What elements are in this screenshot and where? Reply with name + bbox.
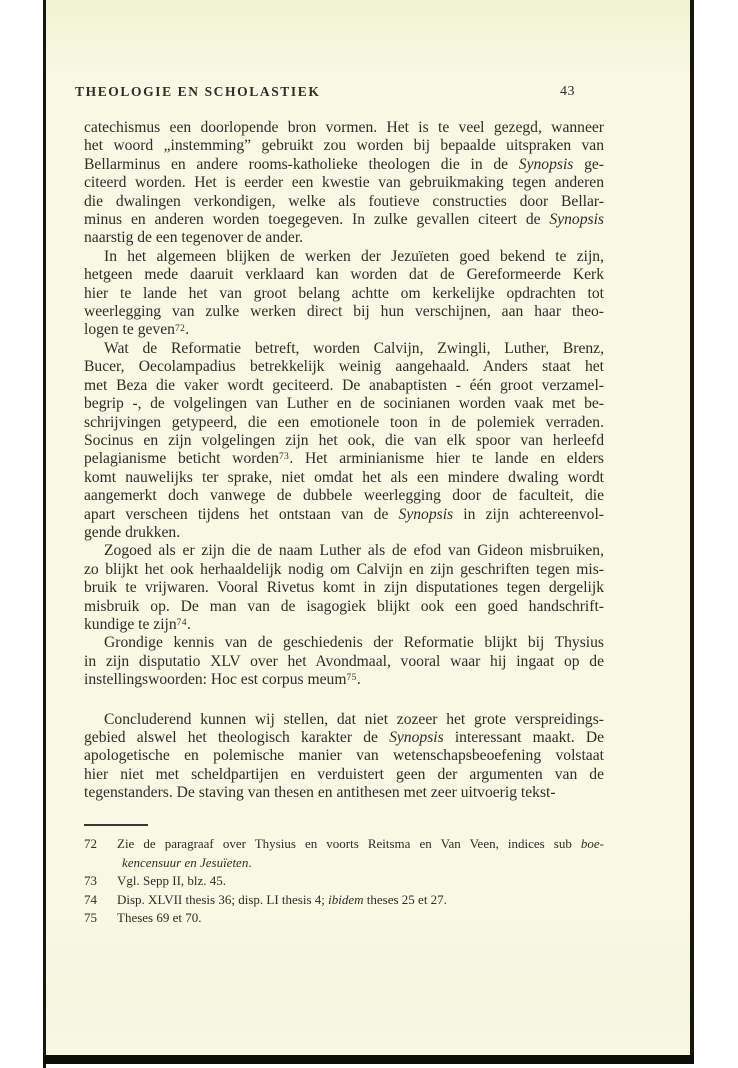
text-line: apologetische en polemische manier van w… xyxy=(84,747,604,765)
text-line: gebied alswel het theologisch karakter d… xyxy=(84,729,604,747)
text-line: Zogoed als er zijn die de naam Luther al… xyxy=(84,542,604,560)
page-number: 43 xyxy=(560,84,575,100)
text-line: weerlegging van zulke werken direct bij … xyxy=(84,303,604,321)
text-line: begrip -, de volgelingen van Luther en d… xyxy=(84,395,604,413)
scan-edge-bottom xyxy=(43,1055,694,1064)
text-line: misbruik op. De man van de isagogiek bli… xyxy=(84,598,604,616)
footnote-divider xyxy=(84,824,148,826)
footnote-item: 75Theses 69 et 70. xyxy=(84,909,604,928)
body-paragraph: Concluderend kunnen wij stellen, dat nie… xyxy=(84,711,604,803)
footnote-number: 74 xyxy=(84,891,117,910)
text-line: instellingswoorden: Hoc est corpus meum7… xyxy=(84,671,604,689)
text-line: het woord „instemming” gebruikt zou word… xyxy=(84,137,604,155)
footnote-number: 72 xyxy=(84,835,117,872)
footnote-line: Zie de paragraaf over Thysius en voorts … xyxy=(117,835,604,854)
text-line: Bellarminus en andere rooms-katholieke t… xyxy=(84,156,604,174)
footnote-line: Vgl. Sepp II, blz. 45. xyxy=(117,872,604,891)
text-line: tegenstanders. De staving van thesen en … xyxy=(84,784,604,802)
text-line: naarstig de een tegenover de ander. xyxy=(84,229,604,247)
text-line: citeerd worden. Het is eerder een kwesti… xyxy=(84,174,604,192)
scan-edge-right xyxy=(690,0,694,1056)
text-line: schrijvingen getypeerd, die een emotione… xyxy=(84,414,604,432)
text-line: bruik te vrijwaren. Vooral Rivetus komt … xyxy=(84,579,604,597)
text-line: pelagianisme beticht worden73. Het armin… xyxy=(84,450,604,468)
text-line: In het algemeen blijken de werken der Je… xyxy=(84,248,604,266)
footnote-line: Theses 69 et 70. xyxy=(117,909,604,928)
text-line: hier te lande het van groot belang achtt… xyxy=(84,285,604,303)
text-line: Socinus en zijn volgelingen zijn het ook… xyxy=(84,432,604,450)
text-line: hier niet met scheldpartijen en verduist… xyxy=(84,766,604,784)
text-line: met Beza die vaker wordt geciteerd. De a… xyxy=(84,377,604,395)
footnote-item: 72Zie de paragraaf over Thysius en voort… xyxy=(84,835,604,872)
scan-edge-left xyxy=(43,0,46,1068)
footnote-number: 73 xyxy=(84,872,117,891)
text-line: aangemerkt doch vanwege de dubbele weerl… xyxy=(84,487,604,505)
body-paragraph: catechismus een doorlopende bron vormen.… xyxy=(84,119,604,248)
body-paragraph: Grondige kennis van de geschiedenis der … xyxy=(84,634,604,689)
text-line: hetgeen mede daaruit verklaard kan worde… xyxy=(84,266,604,284)
footnote-list: 72Zie de paragraaf over Thysius en voort… xyxy=(84,835,604,928)
footnote-line: kencensuur en Jesuïeten. xyxy=(117,854,604,873)
text-line: Bucer, Oecolampadius betrekkelijk weinig… xyxy=(84,358,604,376)
text-line: zo blijkt het ook herhaaldelijk nodig om… xyxy=(84,561,604,579)
text-line: logen te geven72. xyxy=(84,321,604,339)
text-line: kundige te zijn74. xyxy=(84,616,604,634)
footnote-text: Zie de paragraaf over Thysius en voorts … xyxy=(117,835,604,872)
footnotes-section: 72Zie de paragraaf over Thysius en voort… xyxy=(84,824,604,928)
text-line: apart verscheen tijdens het ontstaan van… xyxy=(84,506,604,524)
footnote-number: 75 xyxy=(84,909,117,928)
text-line: catechismus een doorlopende bron vormen.… xyxy=(84,119,604,137)
footnote-text: Theses 69 et 70. xyxy=(117,909,604,928)
body-paragraph: Zogoed als er zijn die de naam Luther al… xyxy=(84,542,604,634)
footnote-item: 73Vgl. Sepp II, blz. 45. xyxy=(84,872,604,891)
text-line: in zijn disputatio XLV over het Avondmaa… xyxy=(84,653,604,671)
footnote-text: Disp. XLVII thesis 36; disp. LI thesis 4… xyxy=(117,891,604,910)
body-paragraph: In het algemeen blijken de werken der Je… xyxy=(84,248,604,340)
text-line: Grondige kennis van de geschiedenis der … xyxy=(84,634,604,652)
text-line: die dwalingen verkondigen, welke als fou… xyxy=(84,193,604,211)
scanned-book-page: THEOLOGIE EN SCHOLASTIEK 43 catechismus … xyxy=(0,0,738,1068)
text-line: minus en anderen worden toegegeven. In z… xyxy=(84,211,604,229)
body-paragraph: Wat de Reformatie betreft, worden Calvij… xyxy=(84,340,604,542)
footnote-line: Disp. XLVII thesis 36; disp. LI thesis 4… xyxy=(117,891,604,910)
footnote-item: 74Disp. XLVII thesis 36; disp. LI thesis… xyxy=(84,891,604,910)
text-line: Wat de Reformatie betreft, worden Calvij… xyxy=(84,340,604,358)
text-line: gende drukken. xyxy=(84,524,604,542)
running-head-title: THEOLOGIE EN SCHOLASTIEK xyxy=(75,84,595,102)
body-text-column: catechismus een doorlopende bron vormen.… xyxy=(84,119,604,803)
footnote-text: Vgl. Sepp II, blz. 45. xyxy=(117,872,604,891)
text-line: komt nauwelijks ter sprake, niet omdat h… xyxy=(84,469,604,487)
text-line: Concluderend kunnen wij stellen, dat nie… xyxy=(84,711,604,729)
